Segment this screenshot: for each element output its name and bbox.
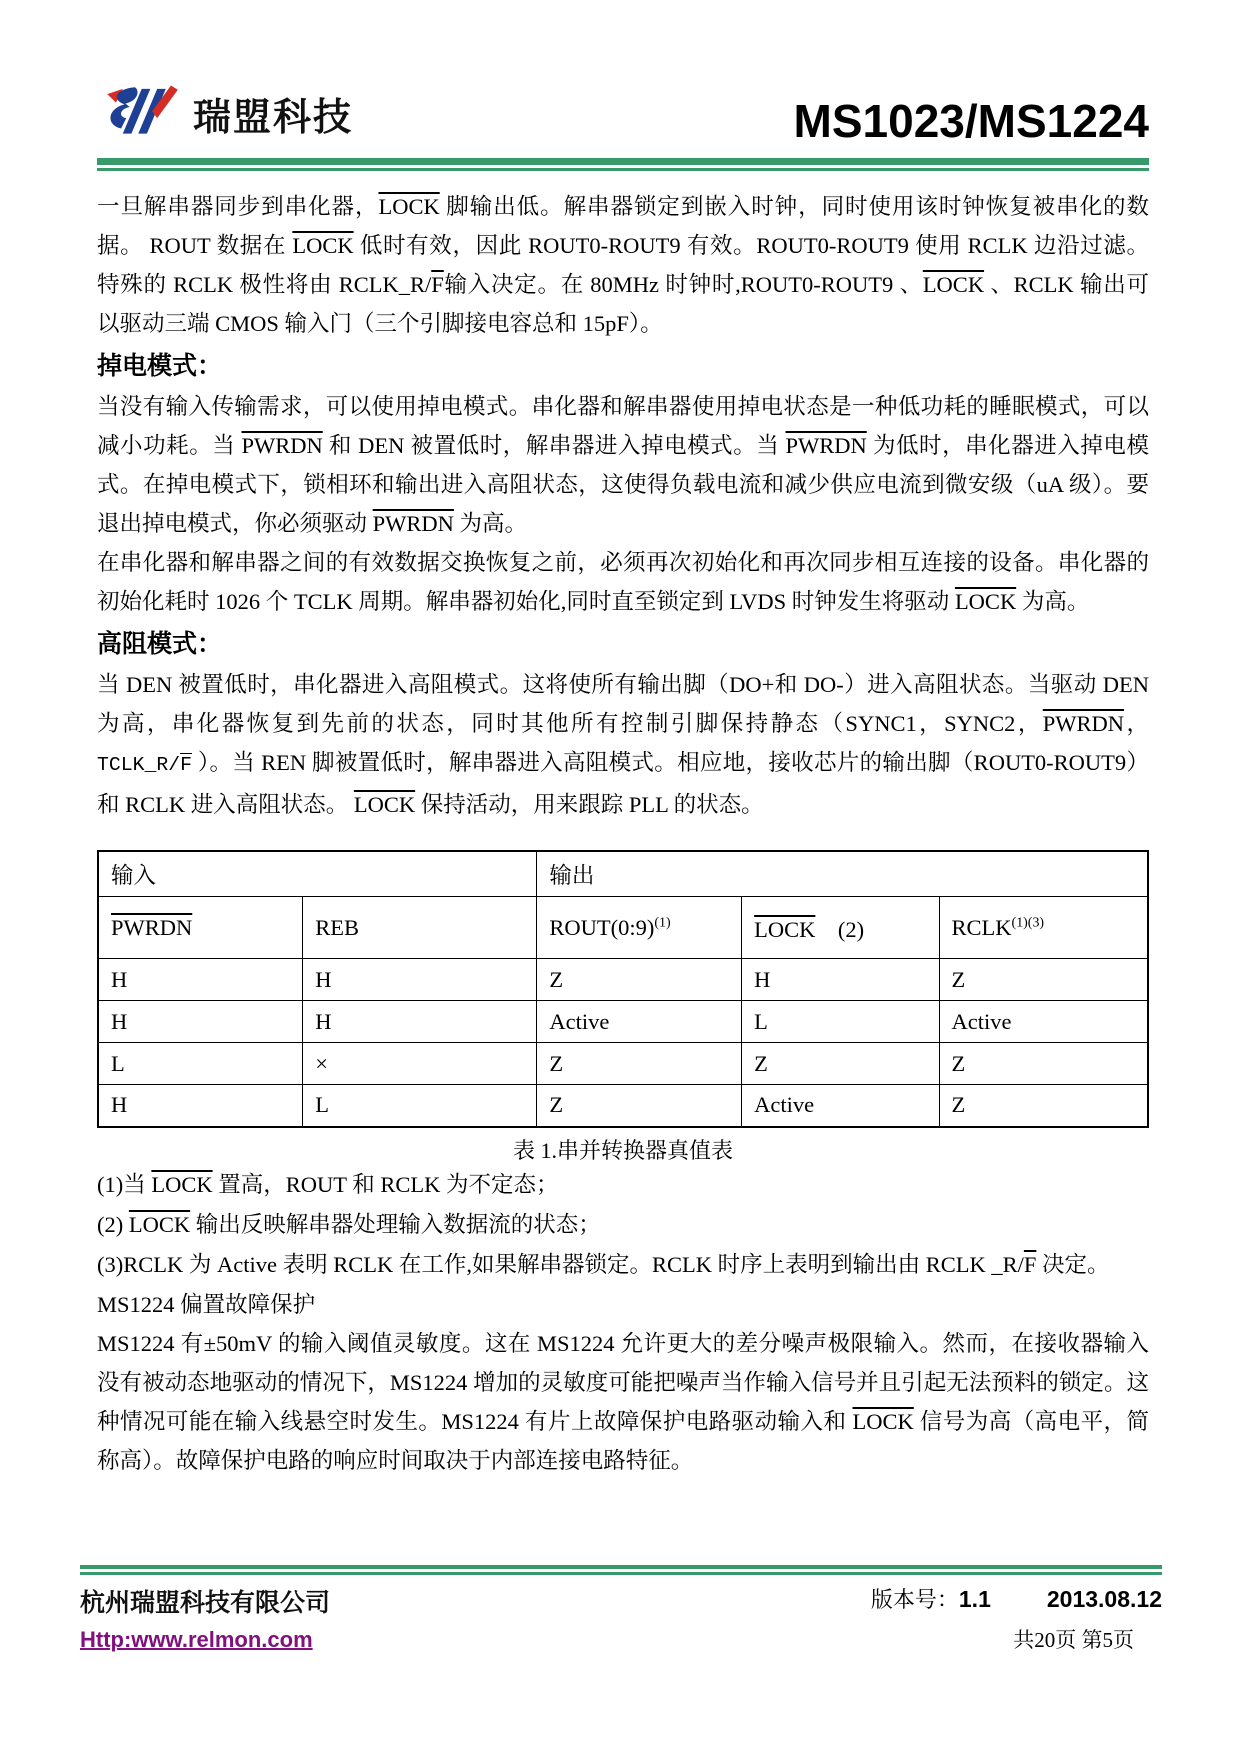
table-cell: H [303, 1001, 537, 1043]
truth-table: 输入 输出 PWRDN REB ROUT(0:9)(1) LOCK (2) RC… [97, 850, 1149, 1128]
paragraph-lock-output: 一旦解串器同步到串化器，LOCK 脚输出低。解串器锁定到嵌入时钟，同时使用该时钟… [97, 187, 1149, 343]
footer-rule [80, 1565, 1162, 1569]
document-title: MS1023/MS1224 [794, 94, 1149, 148]
footnote-2: (2) LOCK 输出反映解串器处理输入数据流的状态； [97, 1205, 1149, 1245]
company-logo: 瑞盟科技 [97, 78, 353, 148]
col-header-rclk: RCLK(1)(3) [939, 897, 1148, 959]
col-header-lock: LOCK (2) [742, 897, 939, 959]
header-rule [97, 158, 1149, 171]
table-row: L × Z Z Z [98, 1043, 1148, 1085]
footer-version-line: 版本号：1.12013.08.12 [871, 1583, 1162, 1614]
table-cell: H [98, 1085, 303, 1127]
version-label: 版本号： [871, 1587, 959, 1612]
table-row: H H Active L Active [98, 1001, 1148, 1043]
table-caption: 表 1.串并转换器真值表 [97, 1134, 1149, 1165]
footer-page-count: 共20页 第5页 [871, 1624, 1162, 1654]
table-cell: Z [939, 1085, 1148, 1127]
table-row: H L Z Active Z [98, 1085, 1148, 1127]
table-cell: Active [537, 1001, 742, 1043]
heading-tristate-mode: 高阻模式： [97, 623, 1149, 665]
paragraph-powerdown-1: 当没有输入传输需求，可以使用掉电模式。串化器和解串器使用掉电状态是一种低功耗的睡… [97, 387, 1149, 543]
table-cell: L [98, 1043, 303, 1085]
table-cell: H [98, 1001, 303, 1043]
table-cell: Z [537, 1043, 742, 1085]
table-cell: Active [742, 1085, 939, 1127]
table-cell: Z [742, 1043, 939, 1085]
table-cell: Z [939, 959, 1148, 1001]
footer-website-link[interactable]: Http:www.relmon.com [80, 1627, 313, 1653]
table-cell: H [742, 959, 939, 1001]
paragraph-powerdown-2: 在串化器和解串器之间的有效数据交换恢复之前，必须再次初始化和再次同步相互连接的设… [97, 543, 1149, 621]
footer-company-name: 杭州瑞盟科技有限公司 [80, 1583, 330, 1619]
table-cell: Z [537, 959, 742, 1001]
heading-powerdown-mode: 掉电模式： [97, 345, 1149, 387]
group-header-output: 输出 [537, 851, 1148, 897]
truth-table-group-header-row: 输入 输出 [98, 851, 1148, 897]
table-cell: Z [537, 1085, 742, 1127]
footnote-1: (1)当 LOCK 置高，ROUT 和 RCLK 为不定态； [97, 1165, 1149, 1205]
version-number: 1.1 [959, 1586, 991, 1612]
footnote-3: (3)RCLK 为 Active 表明 RCLK 在工作,如果解串器锁定。RCL… [97, 1245, 1149, 1285]
table-cell: L [742, 1001, 939, 1043]
table-cell: × [303, 1043, 537, 1085]
table-cell: L [303, 1085, 537, 1127]
group-header-input: 输入 [98, 851, 537, 897]
table-row: H H Z H Z [98, 959, 1148, 1001]
page-footer: 杭州瑞盟科技有限公司 Http:www.relmon.com 版本号：1.120… [80, 1565, 1162, 1654]
paragraph-tristate: 当 DEN 被置低时，串化器进入高阻模式。这将使所有输出脚（DO+和 DO-）进… [97, 665, 1149, 824]
table-cell: Z [939, 1043, 1148, 1085]
table-cell: H [303, 959, 537, 1001]
truth-table-signal-header-row: PWRDN REB ROUT(0:9)(1) LOCK (2) RCLK(1)(… [98, 897, 1148, 959]
release-date: 2013.08.12 [1047, 1586, 1162, 1612]
datasheet-page: 瑞盟科技 MS1023/MS1224 一旦解串器同步到串化器，LOCK 脚输出低… [0, 0, 1240, 1754]
footer-rule-thin [80, 1572, 1162, 1575]
company-logo-text: 瑞盟科技 [193, 86, 353, 141]
page-header: 瑞盟科技 MS1023/MS1224 [97, 70, 1149, 148]
fault-protection-title: MS1224 偏置故障保护 [97, 1285, 1149, 1324]
table-cell: H [98, 959, 303, 1001]
table-cell: Active [939, 1001, 1148, 1043]
col-header-pwrdn: PWRDN [98, 897, 303, 959]
body-content: 一旦解串器同步到串化器，LOCK 脚输出低。解串器锁定到嵌入时钟，同时使用该时钟… [97, 187, 1149, 1480]
paragraph-fault-protection: MS1224 有±50mV 的输入阈值灵敏度。这在 MS1224 允许更大的差分… [97, 1324, 1149, 1480]
rm-monogram-icon [97, 78, 183, 148]
col-header-reb: REB [303, 897, 537, 959]
col-header-rout: ROUT(0:9)(1) [537, 897, 742, 959]
